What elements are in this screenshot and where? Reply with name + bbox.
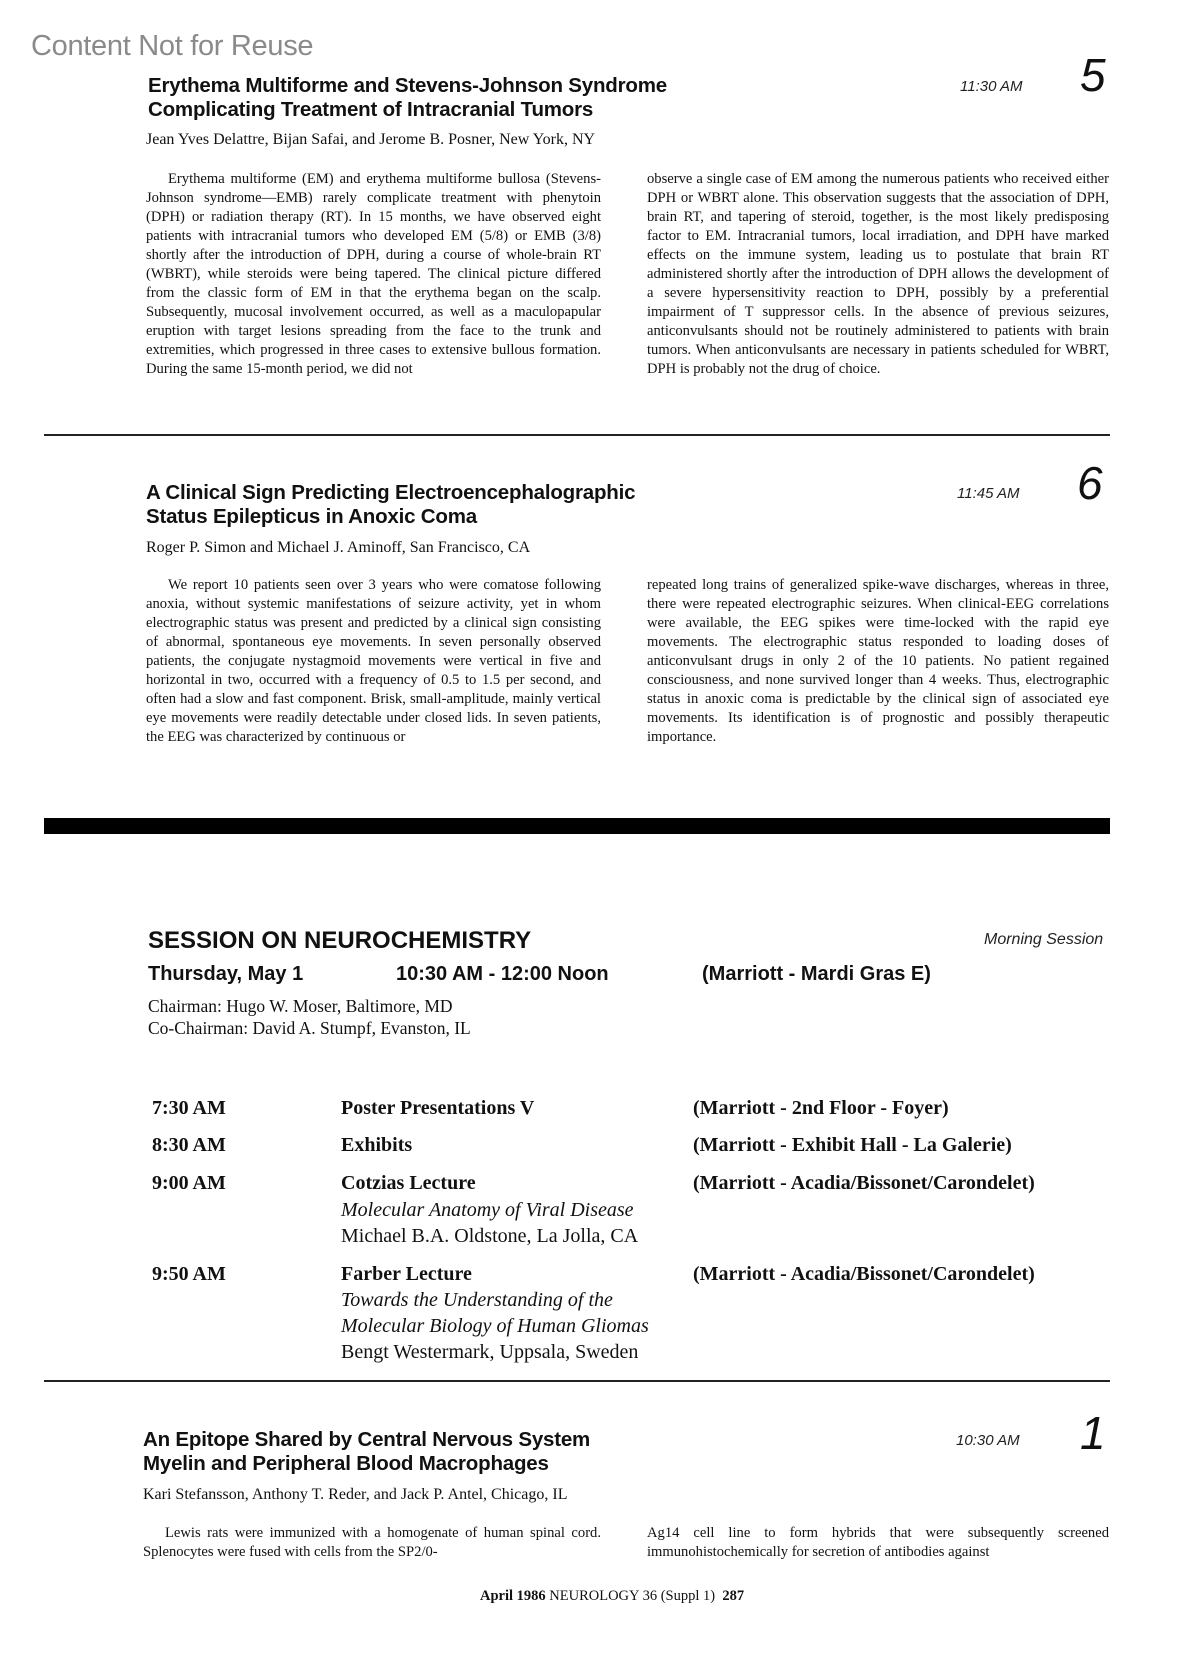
lecture-title: Towards the Understanding of the (341, 1289, 613, 1312)
abstract-body-left: Lewis rats were immunized with a homogen… (143, 1524, 601, 1562)
abstract-body-right: observe a single case of EM among the nu… (647, 170, 1109, 379)
abstract-title-line: Erythema Multiforme and Stevens-Johnson … (148, 74, 667, 98)
abstract-title-line: A Clinical Sign Predicting Electroenceph… (146, 481, 635, 505)
abstract-number: 1 (1080, 1410, 1106, 1456)
abstract-authors: Jean Yves Delattre, Bijan Safai, and Jer… (146, 131, 595, 149)
schedule-location: (Marriott - 2nd Floor - Foyer) (693, 1097, 949, 1120)
abstract-body-right: Ag14 cell line to form hybrids that were… (647, 1524, 1109, 1562)
abstract-body-right: repeated long trains of generalized spik… (647, 576, 1109, 747)
lecture-title: Molecular Anatomy of Viral Disease (341, 1199, 634, 1222)
schedule-event: Poster Presentations V (341, 1097, 534, 1120)
abstract-title-line: An Epitope Shared by Central Nervous Sys… (143, 1428, 590, 1452)
schedule-time: 9:50 AM (152, 1263, 226, 1286)
abstract-time: 11:30 AM (960, 78, 1023, 95)
abstract-title-line: Complicating Treatment of Intracranial T… (148, 98, 667, 122)
abstract-title: Erythema Multiforme and Stevens-Johnson … (148, 74, 667, 122)
abstract-body-left: We report 10 patients seen over 3 years … (146, 576, 601, 747)
abstract-title-line: Myelin and Peripheral Blood Macrophages (143, 1452, 590, 1476)
lecture-title: Molecular Biology of Human Gliomas (341, 1315, 649, 1338)
page-footer: April 1986 NEUROLOGY 36 (Suppl 1) 287 (480, 1588, 744, 1605)
divider (44, 1380, 1110, 1382)
schedule-location: (Marriott - Acadia/Bissonet/Carondelet) (693, 1263, 1035, 1286)
abstract-title: A Clinical Sign Predicting Electroenceph… (146, 481, 635, 529)
divider (44, 434, 1110, 436)
footer-journal: NEUROLOGY 36 (Suppl 1) (549, 1588, 715, 1604)
schedule-location: (Marriott - Acadia/Bissonet/Carondelet) (693, 1172, 1035, 1195)
abstract-title: An Epitope Shared by Central Nervous Sys… (143, 1428, 590, 1476)
footer-date: April 1986 (480, 1588, 546, 1604)
schedule-time: 7:30 AM (152, 1097, 226, 1120)
session-hours: 10:30 AM - 12:00 Noon (396, 963, 609, 986)
abstract-authors: Roger P. Simon and Michael J. Aminoff, S… (146, 539, 530, 557)
footer-page-number: 287 (722, 1588, 744, 1604)
session-title: SESSION ON NEUROCHEMISTRY (148, 927, 531, 955)
abstract-time: 11:45 AM (957, 485, 1020, 502)
schedule-event: Farber Lecture (341, 1263, 472, 1286)
lecture-speaker: Bengt Westermark, Uppsala, Sweden (341, 1341, 638, 1364)
section-separator-bar (44, 818, 1110, 834)
watermark: Content Not for Reuse (31, 30, 313, 63)
session-day: Thursday, May 1 (148, 963, 303, 986)
abstract-title-line: Status Epilepticus in Anoxic Coma (146, 505, 635, 529)
lecture-speaker: Michael B.A. Oldstone, La Jolla, CA (341, 1225, 638, 1248)
schedule-event: Exhibits (341, 1134, 412, 1157)
abstract-body-left: Erythema multiforme (EM) and erythema mu… (146, 170, 601, 379)
session-label: Morning Session (984, 931, 1103, 949)
schedule-time: 9:00 AM (152, 1172, 226, 1195)
session-cochairman: Co-Chairman: David A. Stumpf, Evanston, … (148, 1017, 471, 1039)
schedule-event: Cotzias Lecture (341, 1172, 476, 1195)
session-chairman: Chairman: Hugo W. Moser, Baltimore, MD (148, 995, 453, 1017)
abstract-number: 6 (1077, 460, 1103, 506)
abstract-time: 10:30 AM (956, 1432, 1020, 1449)
session-location: (Marriott - Mardi Gras E) (702, 963, 931, 986)
schedule-time: 8:30 AM (152, 1134, 226, 1157)
schedule-location: (Marriott - Exhibit Hall - La Galerie) (693, 1134, 1012, 1157)
abstract-authors: Kari Stefansson, Anthony T. Reder, and J… (143, 1486, 567, 1504)
abstract-number: 5 (1080, 52, 1106, 98)
